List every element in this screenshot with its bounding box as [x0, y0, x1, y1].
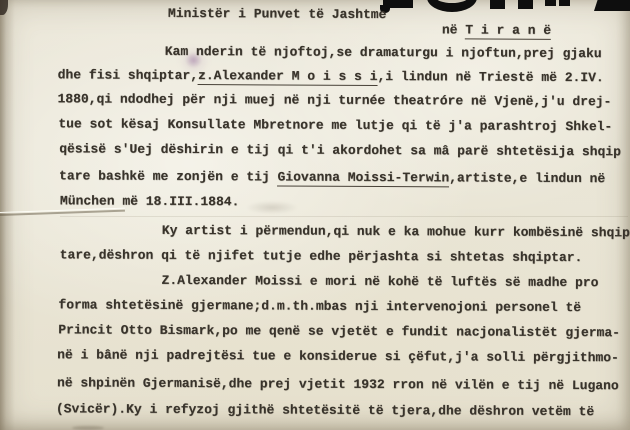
letter-text: Ministër i Punvet të Jashtme në T i r a … [0, 0, 630, 430]
letter-line: në shpinën Gjermanisë,dhe prej vjetit 19… [57, 375, 619, 393]
addressee-line: Ministër i Punvet të Jashtme [168, 6, 387, 22]
place-line: në T i r a n ë [442, 22, 551, 38]
letter-line: në i bânë nji padrejtësi tue e konsideru… [57, 347, 619, 365]
letter-line: München më 18.III.1884. [60, 193, 240, 209]
letter-line: Z.Alexander Moissi e mori në kohë të luf… [161, 273, 598, 290]
moissi-name-underlined: z.Alexander M o i s s i [198, 68, 378, 86]
line-text: dhe fisi shqiptar, [58, 67, 199, 83]
line-text: tare bashkë me zonjën e tij [59, 168, 278, 184]
line-text: ,artiste,e lindun në [449, 170, 605, 186]
letter-line: tare bashkë me zonjën e tij Giovanna Moi… [59, 168, 605, 186]
letter-line: (Svicër).Ky i refyzoj gjithë shtetësitë … [56, 401, 594, 419]
letter-line: Princit Otto Bismark,po me qenë se vjetë… [58, 322, 620, 340]
scanned-letter-photo: Ministër i Punvet të Jashtme në T i r a … [0, 0, 630, 430]
letter-line: 1880,qi ndodhej për nji muej në nji turn… [57, 91, 611, 109]
place-prefix: në [442, 22, 465, 37]
letter-line: Kam nderin të njoftoj,se dramaturgu i nj… [165, 44, 602, 61]
giovanna-name-underlined: Giovanna Moissi-Terwin [277, 169, 449, 187]
letter-line: Ky artist i përmendun,qi nuk e ka mohue … [162, 223, 630, 240]
letter-line: tare,dëshron qi të njifet tutje edhe për… [60, 247, 583, 265]
letter-line: dhe fisi shqiptar,z.Alexander M o i s s … [58, 67, 604, 85]
letter-line: forma shtetësinë gjermane;d.m.th.mbas nj… [58, 297, 581, 315]
letter-line: qësisë s'Uej dëshirin e tij qi t'i akord… [59, 141, 621, 159]
letter-line: tue sot kësaj Konsullate Mbretnore me lu… [58, 116, 612, 134]
line-text: ,i lindun në Triestë më 2.IV. [377, 69, 603, 85]
city-name-underlined: T i r a n ë [465, 22, 551, 39]
